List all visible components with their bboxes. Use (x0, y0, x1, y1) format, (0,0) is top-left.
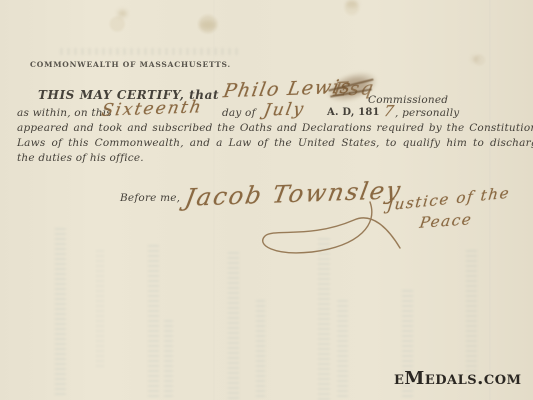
emedals-watermark: eMedals.com (394, 368, 521, 389)
document-header: COMMONWEALTH OF MASSACHUSETTS. (30, 60, 231, 69)
before-me-label: Before me, (120, 192, 180, 204)
date-line-printed-1: as within, on this (17, 107, 112, 119)
date-line-printed-3: A. D, 181 (327, 107, 380, 118)
signature-flourish (252, 198, 412, 266)
commissioned-label: Commissioned (368, 94, 448, 106)
body-line-3: the duties of his office. (17, 152, 144, 164)
bleedthrough-ghost (148, 245, 159, 400)
body-line-2: Laws of this Commonwealth, and a Law of … (17, 137, 533, 149)
bleedthrough-ghost (256, 300, 265, 400)
day-handwritten: Sixteenth (100, 97, 205, 120)
bleedthrough-ghost (337, 300, 348, 400)
paper-stain (118, 10, 127, 17)
bleedthrough-ghost (228, 252, 239, 400)
date-line-printed-2: day of (222, 107, 256, 119)
bleedthrough-ghost (164, 320, 173, 400)
bleedthrough-ghost (466, 250, 477, 380)
paper-stain (200, 20, 216, 30)
scanned-certificate: COMMONWEALTH OF MASSACHUSETTS. THIS MAY … (0, 0, 533, 400)
month-handwritten: July (262, 99, 307, 120)
bleedthrough-ghost (96, 250, 104, 370)
justice-title-line2: Peace (418, 210, 473, 232)
paper-stain (472, 56, 479, 62)
date-line-printed-4: , personally (395, 107, 459, 119)
paper-stain (346, 0, 358, 8)
body-line-1: appeared and took and subscribed the Oat… (17, 122, 533, 134)
bleedthrough-ghost (55, 228, 66, 398)
